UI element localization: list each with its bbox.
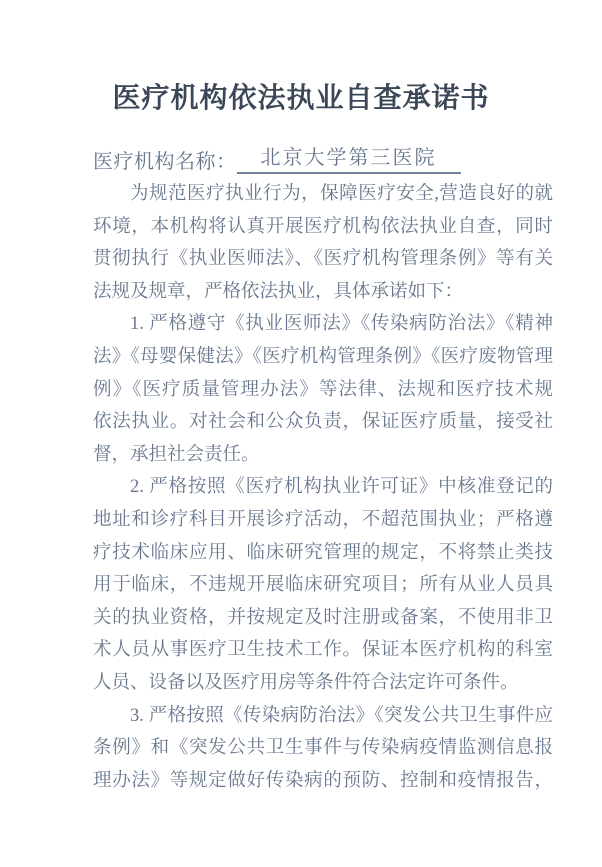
body-line: 条例》和《突发公共卫生事件与传染病疫情监测信息报告管 xyxy=(93,732,553,765)
body-line: 法》《母婴保健法》《医疗机构管理条例》《医疗废物管理条 xyxy=(93,341,553,374)
body-line: 贯彻执行《执业医师法》、《医疗机构管理条例》等有关法律、 xyxy=(93,243,553,276)
institution-name-row: 医疗机构名称： 北京大学第三医院 xyxy=(93,141,461,174)
body-line: 地址和诊疗科目开展诊疗活动，不超范围执业；严格遵守医 xyxy=(93,504,553,537)
document-title: 医疗机构依法执业自查承诺书 xyxy=(0,76,602,116)
institution-name-field: 北京大学第三医院 xyxy=(237,141,461,174)
body-line: 1. 严格遵守《执业医师法》《传染病防治法》《精神卫生 xyxy=(93,308,553,341)
body-line: 术人员从事医疗卫生技术工作。保证本医疗机构的科室设置、 xyxy=(93,634,553,667)
body-line: 用于临床，不违规开展临床研究项目；所有从业人员具备相 xyxy=(93,569,553,602)
document-page: 医疗机构依法执业自查承诺书 医疗机构名称： 北京大学第三医院 为规范医疗执业行为… xyxy=(0,0,602,867)
body-line: 3. 严格按照《传染病防治法》《突发公共卫生事件应急 xyxy=(93,700,553,733)
body-line: 例》《医疗质量管理办法》等法律、法规和医疗技术规范， xyxy=(93,374,553,407)
body-line: 关的执业资格，并按规定及时注册或备案，不使用非卫生技 xyxy=(93,602,553,635)
body-line: 依法执业。对社会和公众负责，保证医疗质量，接受社会监 xyxy=(93,406,553,439)
body-line: 2. 严格按照《医疗机构执业许可证》中核准登记的执业 xyxy=(93,471,553,504)
body-line: 为规范医疗执业行为，保障医疗安全,营造良好的就医 xyxy=(93,178,553,211)
body-line: 理办法》等规定做好传染病的预防、控制和疫情报告，发生 xyxy=(93,765,553,798)
institution-name-label: 医疗机构名称： xyxy=(93,145,237,174)
body-line: 人员、设备以及医疗用房等条件符合法定许可条件。 xyxy=(93,667,553,700)
body-line: 环境，本机构将认真开展医疗机构依法执业自查，同时认真 xyxy=(93,211,553,244)
body-line: 法规及规章，严格依法执业，具体承诺如下： xyxy=(93,276,553,309)
body-line: 疗技术临床应用、临床研究管理的规定，不将禁止类技术应 xyxy=(93,537,553,570)
document-body: 为规范医疗执业行为，保障医疗安全,营造良好的就医环境，本机构将认真开展医疗机构依… xyxy=(93,178,553,797)
body-line: 督，承担社会责任。 xyxy=(93,439,553,472)
